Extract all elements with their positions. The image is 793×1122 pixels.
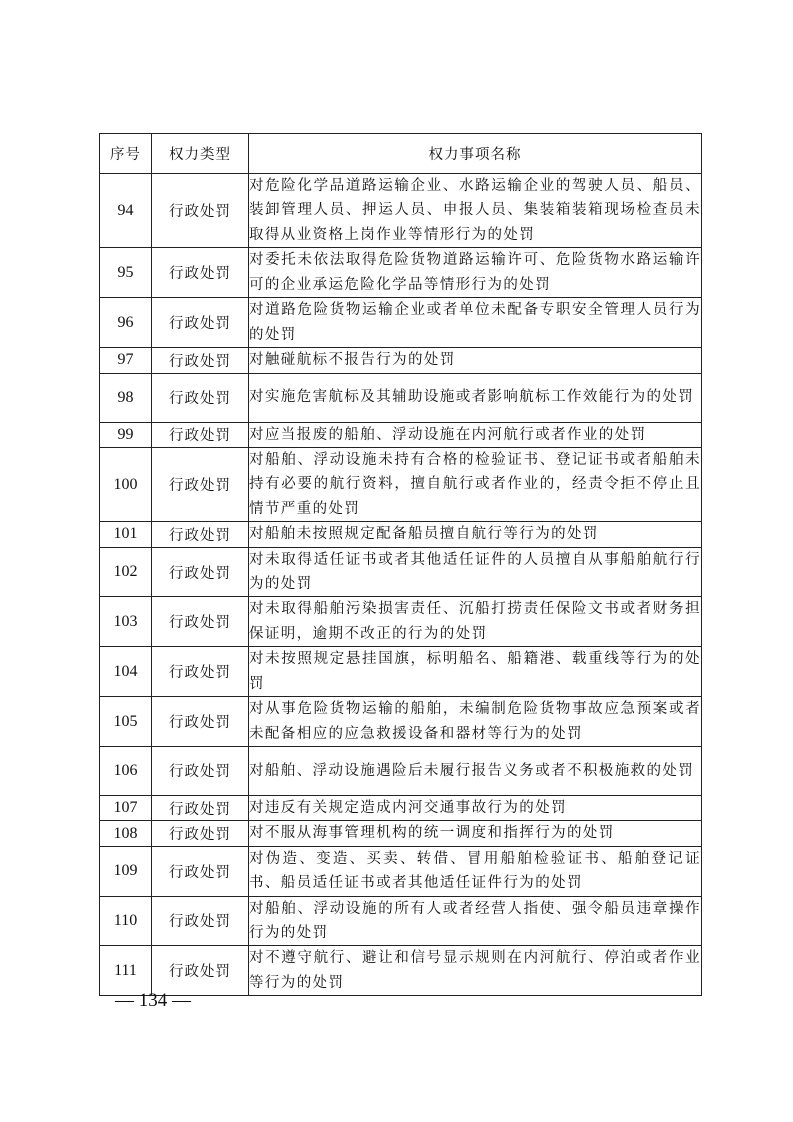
power-item-name-cell: 对违反有关规定造成内河交通事故行为的处罚 bbox=[249, 795, 702, 820]
serial-number-cell: 96 bbox=[100, 298, 152, 348]
power-items-table: 序号 权力类型 权力事项名称 94行政处罚对危险化学品道路运输企业、水路运输企业… bbox=[99, 133, 702, 996]
table-row: 107行政处罚对违反有关规定造成内河交通事故行为的处罚 bbox=[100, 795, 702, 820]
serial-number-cell: 94 bbox=[100, 174, 152, 248]
power-type-cell: 行政处罚 bbox=[152, 846, 249, 896]
table-row: 103行政处罚对未取得船舶污染损害责任、沉船打捞责任保险文书或者财务担保证明，逾… bbox=[100, 597, 702, 647]
serial-number-cell: 95 bbox=[100, 248, 152, 298]
power-item-name-cell: 对未取得适任证书或者其他适任证件的人员擅自从事船舶航行行为的处罚 bbox=[249, 547, 702, 597]
table-header-row: 序号 权力类型 权力事项名称 bbox=[100, 134, 702, 174]
power-item-name-cell: 对不遵守航行、避让和信号显示规则在内河航行、停泊或者作业等行为的处罚 bbox=[249, 946, 702, 996]
power-type-cell: 行政处罚 bbox=[152, 348, 249, 373]
power-type-cell: 行政处罚 bbox=[152, 597, 249, 647]
power-type-cell: 行政处罚 bbox=[152, 547, 249, 597]
table-row: 95行政处罚对委托未依法取得危险货物道路运输许可、危险货物水路运输许可的企业承运… bbox=[100, 248, 702, 298]
serial-number-cell: 100 bbox=[100, 448, 152, 522]
serial-number-cell: 111 bbox=[100, 946, 152, 996]
table-row: 110行政处罚对船舶、浮动设施的所有人或者经营人指使、强令船员违章操作行为的处罚 bbox=[100, 896, 702, 946]
power-item-name-cell: 对伪造、变造、买卖、转借、冒用船舶检验证书、船舶登记证书、船员适任证书或者其他适… bbox=[249, 846, 702, 896]
power-item-name-cell: 对未取得船舶污染损害责任、沉船打捞责任保险文书或者财务担保证明，逾期不改正的行为… bbox=[249, 597, 702, 647]
power-type-cell: 行政处罚 bbox=[152, 821, 249, 846]
power-item-name-cell: 对触碰航标不报告行为的处罚 bbox=[249, 348, 702, 373]
serial-number-cell: 97 bbox=[100, 348, 152, 373]
power-type-cell: 行政处罚 bbox=[152, 746, 249, 795]
power-item-name-cell: 对危险化学品道路运输企业、水路运输企业的驾驶人员、船员、装卸管理人员、押运人员、… bbox=[249, 174, 702, 248]
serial-number-cell: 105 bbox=[100, 697, 152, 747]
power-type-cell: 行政处罚 bbox=[152, 373, 249, 422]
table-row: 99行政处罚对应当报废的船舶、浮动设施在内河航行或者作业的处罚 bbox=[100, 422, 702, 447]
power-type-cell: 行政处罚 bbox=[152, 422, 249, 447]
power-type-cell: 行政处罚 bbox=[152, 697, 249, 747]
serial-number-cell: 109 bbox=[100, 846, 152, 896]
header-serial-number: 序号 bbox=[100, 134, 152, 174]
power-type-cell: 行政处罚 bbox=[152, 522, 249, 547]
power-type-cell: 行政处罚 bbox=[152, 896, 249, 946]
table-row: 98行政处罚对实施危害航标及其辅助设施或者影响航标工作效能行为的处罚 bbox=[100, 373, 702, 422]
power-type-cell: 行政处罚 bbox=[152, 248, 249, 298]
table-row: 94行政处罚对危险化学品道路运输企业、水路运输企业的驾驶人员、船员、装卸管理人员… bbox=[100, 174, 702, 248]
table-row: 109行政处罚对伪造、变造、买卖、转借、冒用船舶检验证书、船舶登记证书、船员适任… bbox=[100, 846, 702, 896]
serial-number-cell: 104 bbox=[100, 647, 152, 697]
table-row: 105行政处罚对从事危险货物运输的船舶，未编制危险货物事故应急预案或者未配备相应… bbox=[100, 697, 702, 747]
power-type-cell: 行政处罚 bbox=[152, 298, 249, 348]
header-power-type: 权力类型 bbox=[152, 134, 249, 174]
table-row: 111行政处罚对不遵守航行、避让和信号显示规则在内河航行、停泊或者作业等行为的处… bbox=[100, 946, 702, 996]
power-item-name-cell: 对道路危险货物运输企业或者单位未配备专职安全管理人员行为的处罚 bbox=[249, 298, 702, 348]
document-page: 序号 权力类型 权力事项名称 94行政处罚对危险化学品道路运输企业、水路运输企业… bbox=[0, 0, 793, 1122]
table-row: 104行政处罚对未按照规定悬挂国旗，标明船名、船籍港、载重线等行为的处罚 bbox=[100, 647, 702, 697]
power-item-name-cell: 对实施危害航标及其辅助设施或者影响航标工作效能行为的处罚 bbox=[249, 373, 702, 422]
page-number: — 134 — bbox=[115, 990, 191, 1012]
serial-number-cell: 99 bbox=[100, 422, 152, 447]
power-item-name-cell: 对未按照规定悬挂国旗，标明船名、船籍港、载重线等行为的处罚 bbox=[249, 647, 702, 697]
power-type-cell: 行政处罚 bbox=[152, 946, 249, 996]
power-item-name-cell: 对船舶、浮动设施的所有人或者经营人指使、强令船员违章操作行为的处罚 bbox=[249, 896, 702, 946]
power-item-name-cell: 对船舶、浮动设施遇险后未履行报告义务或者不积极施救的处罚 bbox=[249, 746, 702, 795]
serial-number-cell: 103 bbox=[100, 597, 152, 647]
table-row: 108行政处罚对不服从海事管理机构的统一调度和指挥行为的处罚 bbox=[100, 821, 702, 846]
table-row: 102行政处罚对未取得适任证书或者其他适任证件的人员擅自从事船舶航行行为的处罚 bbox=[100, 547, 702, 597]
table-row: 106行政处罚对船舶、浮动设施遇险后未履行报告义务或者不积极施救的处罚 bbox=[100, 746, 702, 795]
table-row: 96行政处罚对道路危险货物运输企业或者单位未配备专职安全管理人员行为的处罚 bbox=[100, 298, 702, 348]
serial-number-cell: 106 bbox=[100, 746, 152, 795]
power-item-name-cell: 对不服从海事管理机构的统一调度和指挥行为的处罚 bbox=[249, 821, 702, 846]
power-type-cell: 行政处罚 bbox=[152, 795, 249, 820]
serial-number-cell: 98 bbox=[100, 373, 152, 422]
table-row: 97行政处罚对触碰航标不报告行为的处罚 bbox=[100, 348, 702, 373]
power-type-cell: 行政处罚 bbox=[152, 174, 249, 248]
serial-number-cell: 107 bbox=[100, 795, 152, 820]
power-type-cell: 行政处罚 bbox=[152, 647, 249, 697]
power-item-name-cell: 对应当报废的船舶、浮动设施在内河航行或者作业的处罚 bbox=[249, 422, 702, 447]
power-item-name-cell: 对船舶、浮动设施未持有合格的检验证书、登记证书或者船舶未持有必要的航行资料，擅自… bbox=[249, 448, 702, 522]
header-power-item-name: 权力事项名称 bbox=[249, 134, 702, 174]
power-type-cell: 行政处罚 bbox=[152, 448, 249, 522]
table-row: 101行政处罚对船舶未按照规定配备船员擅自航行等行为的处罚 bbox=[100, 522, 702, 547]
serial-number-cell: 108 bbox=[100, 821, 152, 846]
table-row: 100行政处罚对船舶、浮动设施未持有合格的检验证书、登记证书或者船舶未持有必要的… bbox=[100, 448, 702, 522]
power-item-name-cell: 对委托未依法取得危险货物道路运输许可、危险货物水路运输许可的企业承运危险化学品等… bbox=[249, 248, 702, 298]
serial-number-cell: 102 bbox=[100, 547, 152, 597]
serial-number-cell: 101 bbox=[100, 522, 152, 547]
power-item-name-cell: 对从事危险货物运输的船舶，未编制危险货物事故应急预案或者未配备相应的应急救援设备… bbox=[249, 697, 702, 747]
serial-number-cell: 110 bbox=[100, 896, 152, 946]
power-item-name-cell: 对船舶未按照规定配备船员擅自航行等行为的处罚 bbox=[249, 522, 702, 547]
